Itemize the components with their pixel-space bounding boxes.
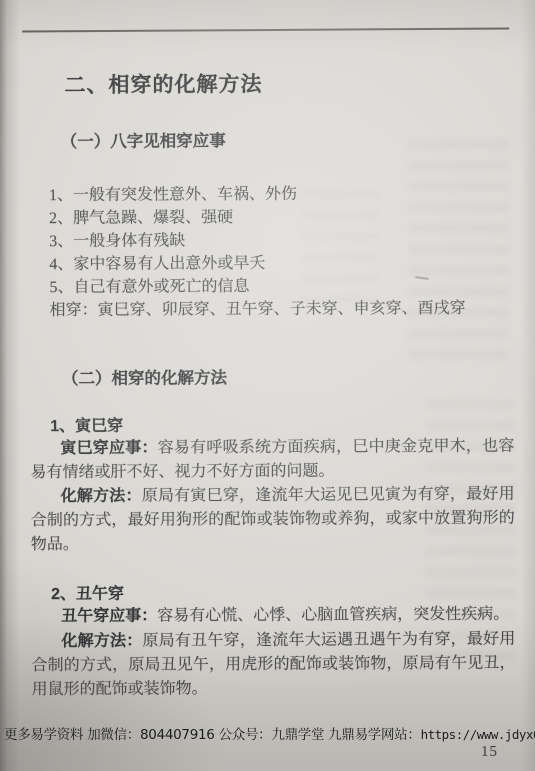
- scanned-book-page: 二、相穿的化解方法 （一）八字见相穿应事 1、一般有突发性意外、车祸、外伤 2、…: [0, 0, 535, 771]
- entry2-huajie-paragraph: 化解方法：原局有丑午穿，逢流年大运遇丑遇午为有穿，最好用合制的方式，原局丑见午，…: [31, 628, 515, 703]
- chuan-pairs-line: 相穿：寅巳穿、卯辰穿、丑午穿、子未穿、申亥穿、酉戌穿: [50, 297, 520, 322]
- watermark-footer: 更多易学资料 加微信：804407916 公众号：九鼎学堂 九鼎易学网站：htt…: [4, 723, 534, 743]
- yingshi-label: 丑午穿应事：: [61, 608, 157, 626]
- header-rule: [22, 28, 509, 33]
- huajie-label: 化解方法：: [61, 633, 142, 650]
- list-item: 3、一般身体有残缺: [49, 228, 519, 253]
- entry1-huajie-paragraph: 化解方法：原局有寅巳穿，逢流年大运见巳见寅为有穿，最好用合制的方式，最好用狗形的…: [31, 483, 515, 558]
- list-item: 4、家中容易有人出意外或早夭: [49, 251, 519, 276]
- section2-heading: （二）相穿的化解方法: [62, 364, 227, 389]
- entry2-yingshi-paragraph: 丑午穿应事：容易有心慌、心悸、心脑血管疾病，突发性疾病。: [31, 603, 523, 630]
- watermark-url: https://www.jdyx6.com/: [421, 727, 535, 742]
- page-number: 15: [481, 744, 498, 761]
- list-item: 5、自己有意外或死亡的信息: [49, 274, 519, 299]
- page-title: 二、相穿的化解方法: [64, 68, 262, 99]
- entry1-heading: 1、寅巳穿: [50, 413, 123, 436]
- yingshi-label: 寅巳穿应事：: [60, 440, 157, 458]
- section1-heading: （一）八字见相穿应事: [61, 127, 226, 152]
- list-item: 1、一般有突发性意外、车祸、外伤: [49, 182, 519, 207]
- entry1-yingshi-paragraph: 寅巳穿应事：容易有呼吸系统方面疾病，巳中庚金克甲木，也容易有情绪或肝不好、视力不…: [30, 435, 514, 486]
- entry2-heading: 2、丑午穿: [51, 581, 124, 604]
- huajie-label: 化解方法：: [61, 488, 142, 505]
- chuan-effects-list: 1、一般有突发性意外、车祸、外伤 2、脾气急躁、爆裂、强硬 3、一般身体有残缺 …: [49, 182, 520, 322]
- watermark-info: 更多易学资料 加微信：804407916 公众号：九鼎学堂 九鼎易学网站：: [4, 727, 421, 743]
- yingshi-text: 容易有心慌、心悸、心脑血管疾病，突发性疾病。: [157, 606, 509, 625]
- list-item: 2、脾气急躁、爆裂、强硬: [49, 205, 519, 230]
- page-content: 二、相穿的化解方法 （一）八字见相穿应事 1、一般有突发性意外、车祸、外伤 2、…: [0, 0, 535, 771]
